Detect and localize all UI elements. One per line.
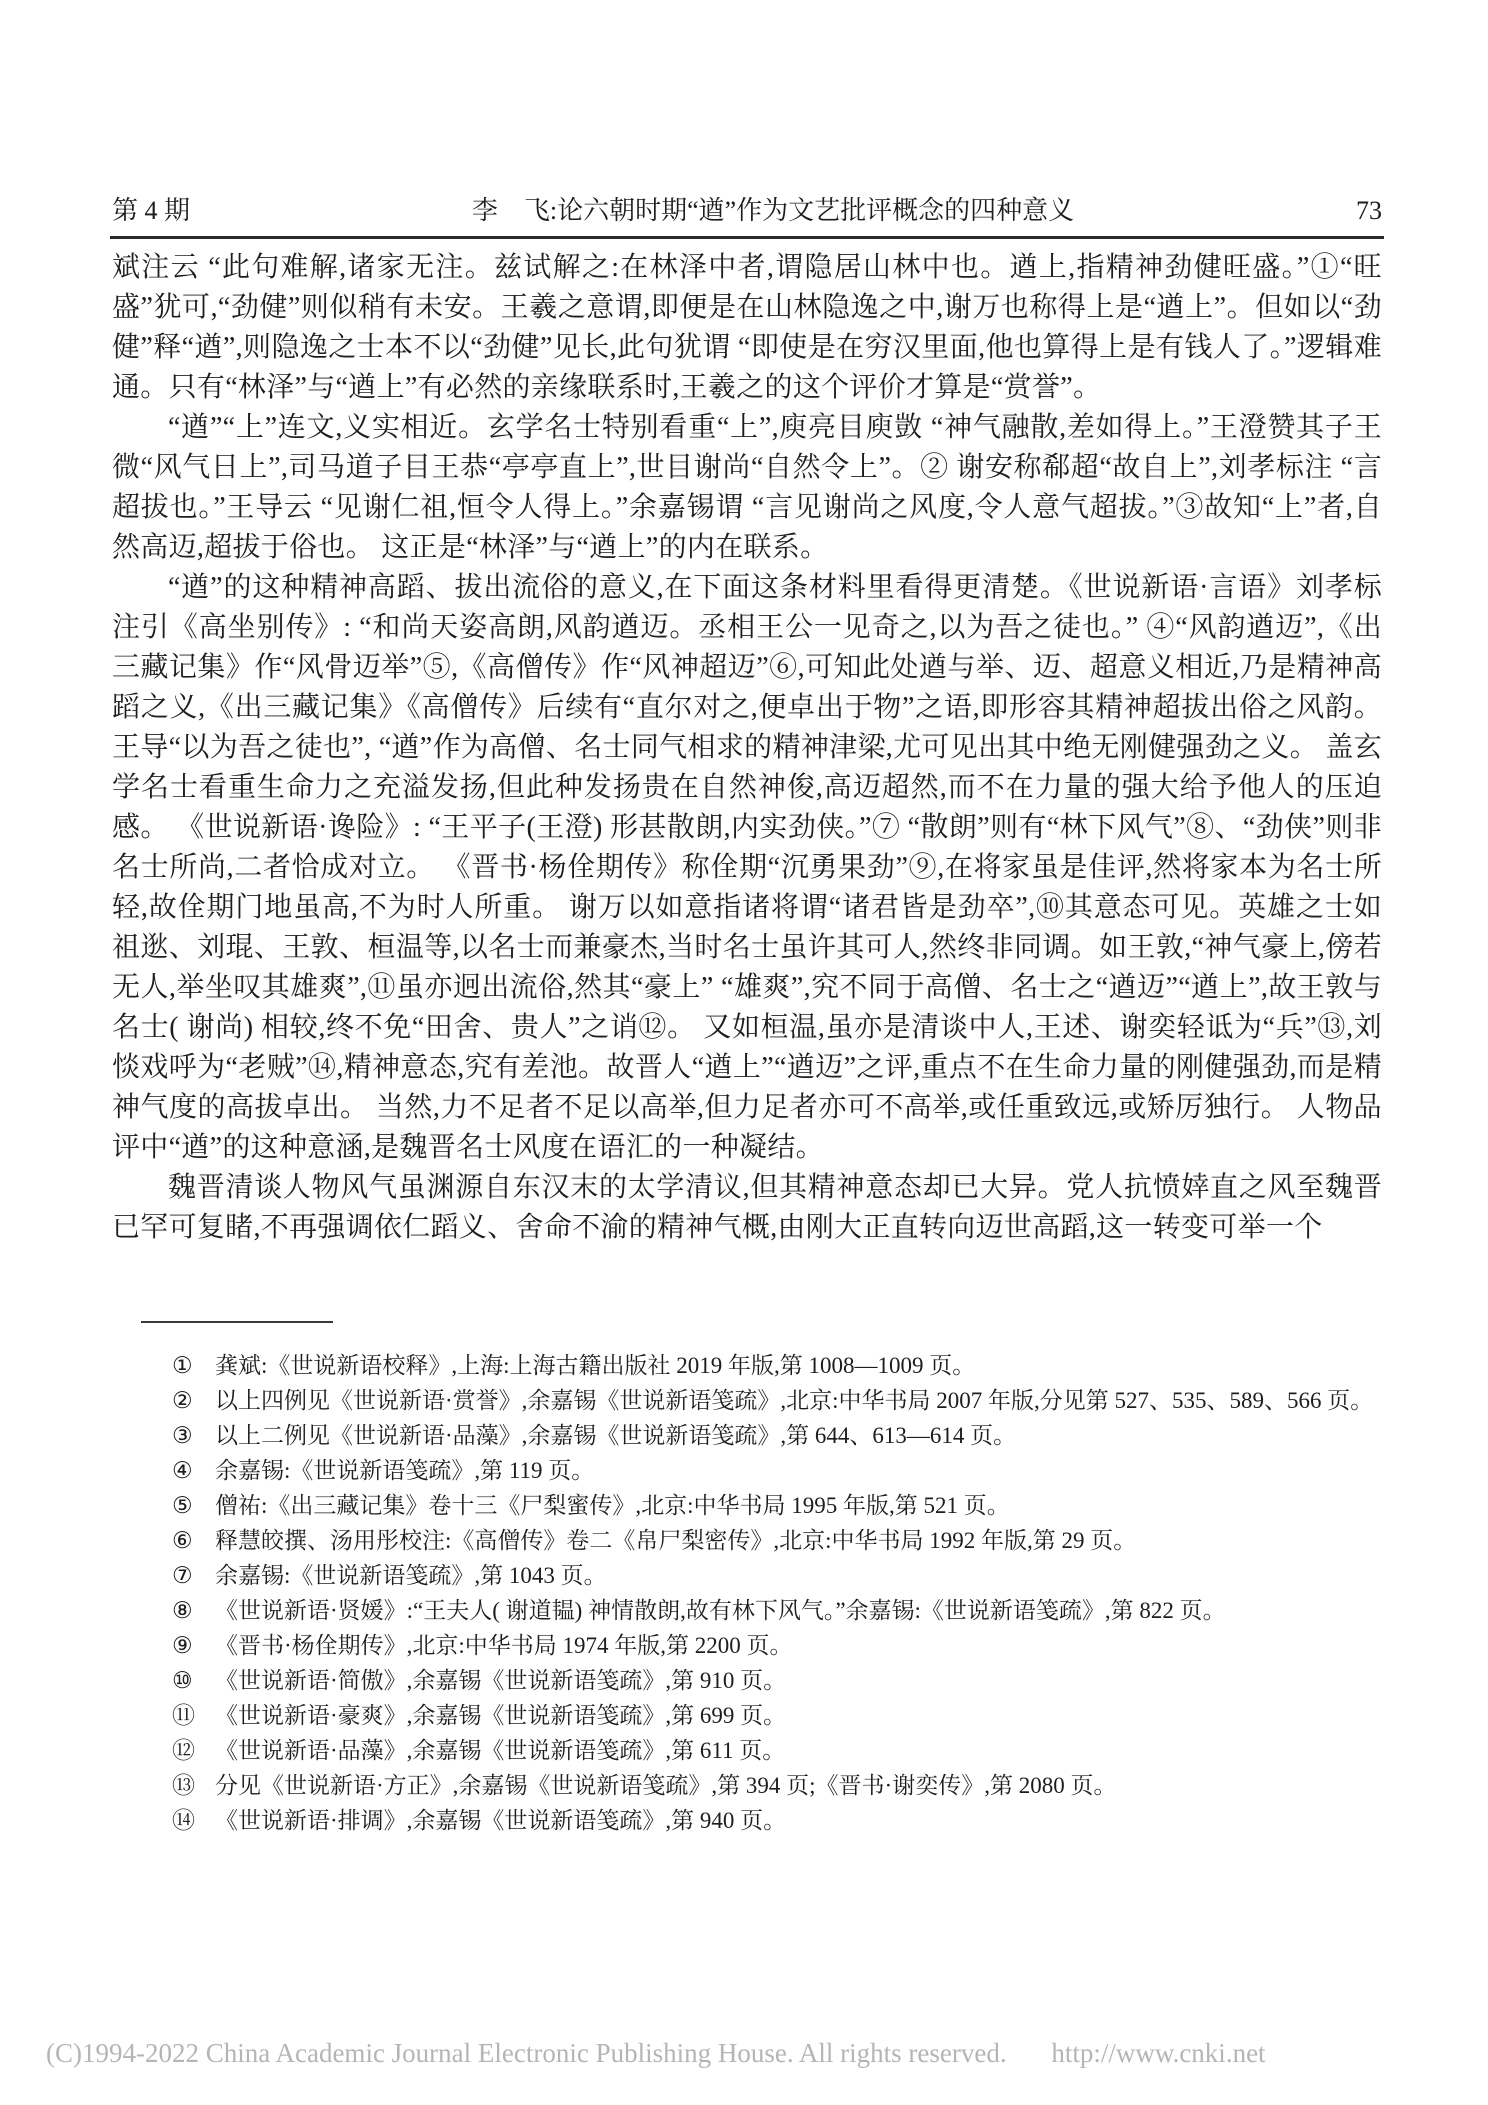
footnote-marker: ⑤ — [172, 1488, 215, 1523]
footnote-text: 释慧皎撰、汤用彤校注:《高僧传》卷二《帛尸梨密传》,北京:中华书局 1992 年… — [215, 1523, 1394, 1558]
body-paragraph: “遒”“上”连文,义实相近。玄学名士特别看重“上”,庾亮目庾敳 “神气融散,差如… — [112, 408, 1382, 568]
footnote-text: 僧祐:《出三藏记集》卷十三《尸梨蜜传》,北京:中华书局 1995 年版,第 52… — [215, 1488, 1394, 1523]
footnote-text: 《世说新语·简傲》,余嘉锡《世说新语笺疏》,第 910 页。 — [215, 1663, 1394, 1698]
footnote-item: ⑬ 分见《世说新语·方正》,余嘉锡《世说新语笺疏》,第 394 页;《晋书·谢奕… — [172, 1768, 1394, 1803]
footnote-marker: ⑫ — [172, 1733, 215, 1768]
footnote-text: 以上四例见《世说新语·赏誉》,余嘉锡《世说新语笺疏》,北京:中华书局 2007 … — [215, 1383, 1394, 1418]
cnki-url: http://www.cnki.net — [1051, 2038, 1265, 2068]
footnote-item: ⑭ 《世说新语·排调》,余嘉锡《世说新语笺疏》,第 940 页。 — [172, 1803, 1394, 1838]
footnote-item: ④ 余嘉锡:《世说新语笺疏》,第 119 页。 — [172, 1453, 1394, 1488]
footnote-marker: ⑬ — [172, 1768, 215, 1803]
footnote-text: 分见《世说新语·方正》,余嘉锡《世说新语笺疏》,第 394 页;《晋书·谢奕传》… — [215, 1768, 1394, 1803]
footnotes: ① 龚斌:《世说新语校释》,上海:上海古籍出版社 2019 年版,第 1008—… — [172, 1348, 1394, 1838]
footnote-item: ⑫ 《世说新语·品藻》,余嘉锡《世说新语笺疏》,第 611 页。 — [172, 1733, 1394, 1768]
footnote-item: ⑥ 释慧皎撰、汤用彤校注:《高僧传》卷二《帛尸梨密传》,北京:中华书局 1992… — [172, 1523, 1394, 1558]
body-paragraph: 斌注云 “此句难解,诸家无注。兹试解之:在林泽中者,谓隐居山林中也。遒上,指精神… — [112, 248, 1382, 408]
footnote-item: ⑨ 《晋书·杨佺期传》,北京:中华书局 1974 年版,第 2200 页。 — [172, 1628, 1394, 1663]
footnote-marker: ⑥ — [172, 1523, 215, 1558]
running-title: 李 飞:论六朝时期“遒”作为文艺批评概念的四种意义 — [190, 190, 1356, 227]
footnote-item: ② 以上四例见《世说新语·赏誉》,余嘉锡《世说新语笺疏》,北京:中华书局 200… — [172, 1383, 1394, 1418]
page-number: 73 — [1356, 196, 1382, 226]
footnote-marker: ⑭ — [172, 1803, 215, 1838]
footnote-text: 余嘉锡:《世说新语笺疏》,第 119 页。 — [215, 1453, 1394, 1488]
footnote-marker: ① — [172, 1348, 215, 1383]
footnote-text: 《世说新语·贤媛》:“王夫人( 谢道韫) 神情散朗,故有林下风气。”余嘉锡:《世… — [215, 1593, 1394, 1628]
footnote-marker: ② — [172, 1383, 215, 1418]
footnote-text: 龚斌:《世说新语校释》,上海:上海古籍出版社 2019 年版,第 1008—10… — [215, 1348, 1394, 1383]
footnote-item: ⑤ 僧祐:《出三藏记集》卷十三《尸梨蜜传》,北京:中华书局 1995 年版,第 … — [172, 1488, 1394, 1523]
footnote-text: 《世说新语·排调》,余嘉锡《世说新语笺疏》,第 940 页。 — [215, 1803, 1394, 1838]
footnote-marker: ⑦ — [172, 1558, 215, 1593]
footnote-marker: ④ — [172, 1453, 215, 1488]
footnote-item: ⑪ 《世说新语·豪爽》,余嘉锡《世说新语笺疏》,第 699 页。 — [172, 1698, 1394, 1733]
footnote-marker: ⑩ — [172, 1663, 215, 1698]
journal-page: 第 4 期 李 飞:论六朝时期“遒”作为文艺批评概念的四种意义 73 斌注云 “… — [0, 0, 1488, 2105]
body-paragraph: 魏晋清谈人物风气虽渊源自东汉末的太学清议,但其精神意态却已大异。党人抗愤婞直之风… — [112, 1168, 1382, 1248]
footnote-item: ① 龚斌:《世说新语校释》,上海:上海古籍出版社 2019 年版,第 1008—… — [172, 1348, 1394, 1383]
copyright-notice: (C)1994-2022 China Academic Journal Elec… — [46, 2038, 1007, 2068]
article-body: 斌注云 “此句难解,诸家无注。兹试解之:在林泽中者,谓隐居山林中也。遒上,指精神… — [112, 248, 1382, 1248]
footnote-text: 余嘉锡:《世说新语笺疏》,第 1043 页。 — [215, 1558, 1394, 1593]
footnote-marker: ③ — [172, 1418, 215, 1453]
footnote-marker: ⑪ — [172, 1698, 215, 1733]
page-header: 第 4 期 李 飞:论六朝时期“遒”作为文艺批评概念的四种意义 73 — [112, 190, 1382, 227]
footnote-item: ⑦ 余嘉锡:《世说新语笺疏》,第 1043 页。 — [172, 1558, 1394, 1593]
issue-number: 第 4 期 — [112, 190, 190, 227]
footnote-text: 《世说新语·豪爽》,余嘉锡《世说新语笺疏》,第 699 页。 — [215, 1698, 1394, 1733]
footnote-separator — [141, 1321, 333, 1323]
body-paragraph: “遒”的这种精神高蹈、拔出流俗的意义,在下面这条材料里看得更清楚。《世说新语·言… — [112, 568, 1382, 1168]
header-rule — [110, 236, 1384, 239]
footnote-marker: ⑧ — [172, 1593, 215, 1628]
footnote-text: 以上二例见《世说新语·品藻》,余嘉锡《世说新语笺疏》,第 644、613—614… — [215, 1418, 1394, 1453]
footnote-item: ⑩ 《世说新语·简傲》,余嘉锡《世说新语笺疏》,第 910 页。 — [172, 1663, 1394, 1698]
footnote-item: ③ 以上二例见《世说新语·品藻》,余嘉锡《世说新语笺疏》,第 644、613—6… — [172, 1418, 1394, 1453]
footnote-text: 《世说新语·品藻》,余嘉锡《世说新语笺疏》,第 611 页。 — [215, 1733, 1394, 1768]
footnote-marker: ⑨ — [172, 1628, 215, 1663]
footnote-text: 《晋书·杨佺期传》,北京:中华书局 1974 年版,第 2200 页。 — [215, 1628, 1394, 1663]
footnote-item: ⑧ 《世说新语·贤媛》:“王夫人( 谢道韫) 神情散朗,故有林下风气。”余嘉锡:… — [172, 1593, 1394, 1628]
page-footer: (C)1994-2022 China Academic Journal Elec… — [46, 2038, 1448, 2069]
